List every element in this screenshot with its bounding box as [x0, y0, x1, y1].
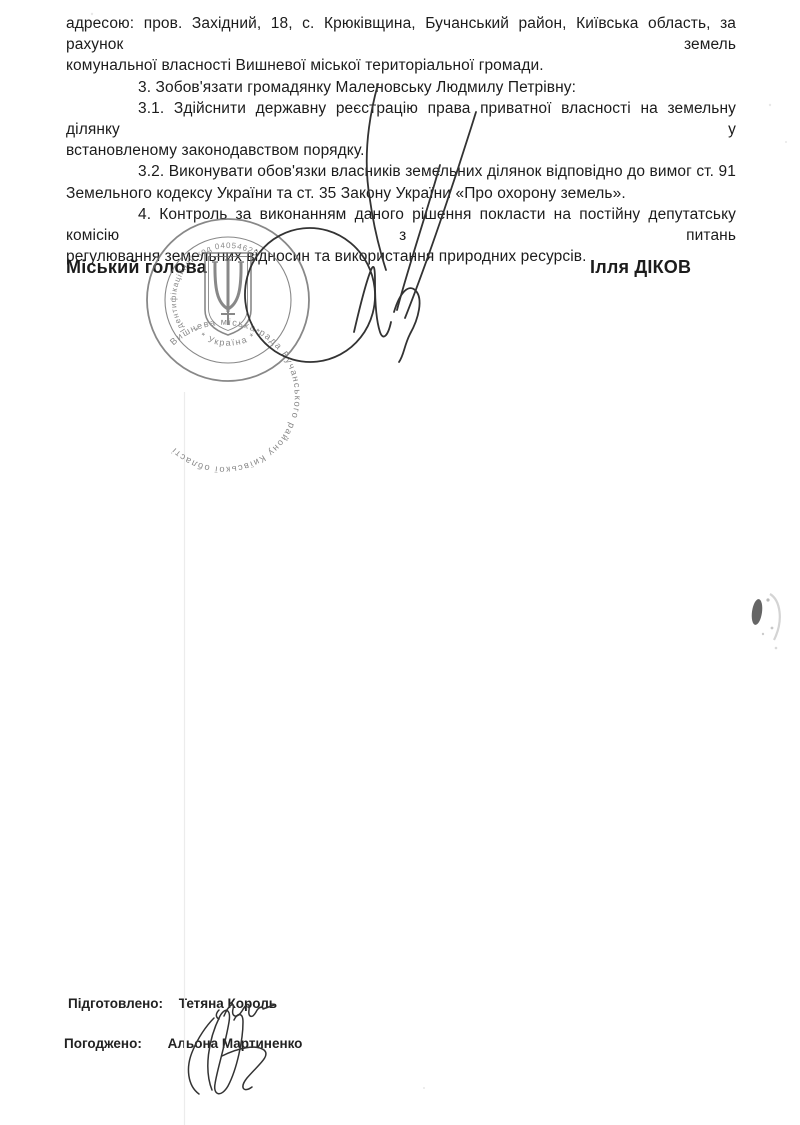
agreed-label: Погоджено: [64, 1036, 142, 1051]
document-body: адресою: пров. Західний, 18, с. Крюківщи… [66, 13, 736, 267]
paragraph-address: адресою: пров. Західний, 18, с. Крюківщи… [66, 13, 736, 77]
agreed-row: Погоджено: Альона Мартиненко [64, 1036, 302, 1051]
paragraph-line: адресою: пров. Західний, 18, с. Крюківщи… [66, 13, 736, 55]
paragraph-line: встановленому законодавством порядку. [66, 140, 736, 161]
agreed-signature [188, 1010, 265, 1094]
paragraph-line: 3.1. Здійснити державну реєстрацію права… [66, 98, 736, 140]
mayor-name: Ілля ДІКОВ [590, 257, 691, 278]
mayor-title: Міський голова [66, 257, 207, 278]
stamp-outer-ring-text: Вишнева міська рада Бучанського району К… [168, 317, 303, 475]
paragraph-line: комунальної власності Вишневої міської т… [66, 55, 736, 76]
paragraph-item-3: 3. Зобов'язати громадянку Маленовську Лю… [66, 77, 736, 98]
paragraph-line: 3. Зобов'язати громадянку Маленовську Лю… [66, 77, 736, 98]
stamp-country-text: * * Україна * * [191, 325, 265, 347]
agreed-name: Альона Мартиненко [168, 1036, 303, 1051]
paragraph-item-3-1: 3.1. Здійснити державну реєстрацію права… [66, 98, 736, 162]
prepared-label: Підготовлено: [68, 996, 163, 1011]
prepared-name: Тетяна Король [179, 996, 277, 1011]
prepared-row: Підготовлено: Тетяна Король [68, 996, 277, 1011]
paragraph-item-3-2: 3.2. Виконувати обов'язки власників земе… [66, 161, 736, 203]
paragraph-line: 4. Контроль за виконанням даного рішення… [66, 204, 736, 246]
ink-smudge [750, 594, 780, 649]
scanned-document-page: адресою: пров. Західний, 18, с. Крюківщи… [0, 0, 800, 1125]
paragraph-line: 3.2. Виконувати обов'язки власників земе… [66, 161, 736, 182]
paragraph-line: Земельного кодексу України та ст. 35 Зак… [66, 183, 736, 204]
